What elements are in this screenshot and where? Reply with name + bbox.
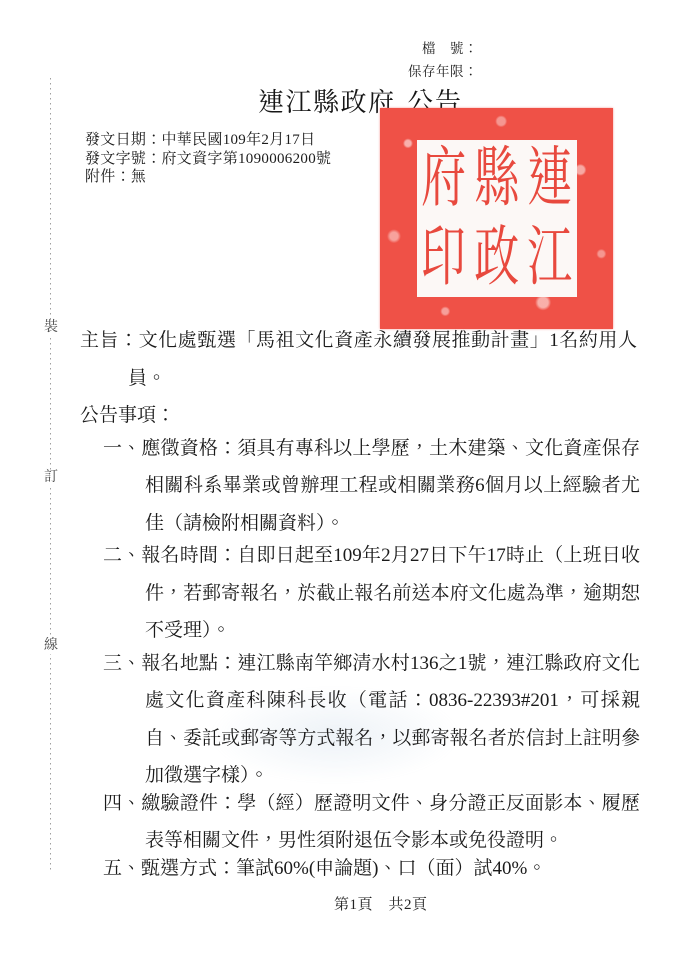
- item-number: 四、: [103, 793, 141, 814]
- item-number: 五、: [103, 858, 141, 879]
- document-meta: 發文日期：中華民國109年2月17日 發文字號：府文資字第1090006200號…: [85, 131, 331, 187]
- issue-date: 發文日期：中華民國109年2月17日: [85, 131, 331, 150]
- item-4-required-documents: 四、繳驗證件：學（經）歷證明文件、身分證正反面影本、履歷表等相關文件，男性須附退…: [103, 785, 640, 860]
- announcement-items: 一、應徵資格：須具有專科以上學歷，土木建築、文化資產保存相關科系畢業或曾辦理工程…: [103, 430, 640, 888]
- scanned-announcement-page: 檔 號： 保存年限： 連江縣政府公告 發文日期：中華民國109年2月17日 發文…: [0, 0, 680, 962]
- seal-face: 府 印 縣 政 連 江: [417, 140, 577, 297]
- binding-mark-xian: 線: [43, 638, 59, 654]
- announcement-body: 主旨：文化處甄選「馬祖文化資產永續發展推動計畫」1名約用人員。 公告事項： 一、…: [80, 322, 637, 887]
- file-number-label: 檔 號：: [330, 37, 478, 60]
- seal-char: 印: [417, 202, 469, 313]
- item-text: 報名時間：自即日起至109年2月27日下午17時止（上班日收件，若郵寄報名，於截…: [141, 545, 640, 641]
- item-number: 二、: [103, 545, 141, 566]
- binding-mark-zhuang: 裝: [43, 320, 59, 336]
- subject-line: 主旨：文化處甄選「馬祖文化資產永續發展推動計畫」1名約用人員。: [80, 322, 637, 397]
- subject-text: 文化處甄選「馬祖文化資產永續發展推動計畫」1名約用人員。: [128, 330, 637, 389]
- retention-period-label: 保存年限：: [330, 60, 478, 83]
- agency-name: 連江縣政府: [258, 88, 396, 117]
- item-text: 繳驗證件：學（經）歷證明文件、身分證正反面影本、履歷表等相關文件，男性須附退伍令…: [141, 793, 640, 852]
- item-text: 應徵資格：須具有專科以上學歷，土木建築、文化資產保存相關科系畢業或曾辦理工程或相…: [141, 438, 640, 534]
- subject-label: 主旨：: [80, 330, 139, 351]
- item-3-registration-place: 三、報名地點：連江縣南竿鄉清水村136之1號，連江縣政府文化處文化資產科陳科長收…: [103, 645, 640, 795]
- item-1-qualifications: 一、應徵資格：須具有專科以上學歷，土木建築、文化資產保存相關科系畢業或曾辦理工程…: [103, 430, 640, 543]
- seal-char: 政: [470, 202, 522, 313]
- item-number: 一、: [103, 438, 141, 459]
- item-2-registration-time: 二、報名時間：自即日起至109年2月27日下午17時止（上班日收件，若郵寄報名，…: [103, 537, 640, 650]
- footer-page-number: 第1頁 共2頁: [334, 893, 428, 914]
- doc-number: 發文字號：府文資字第1090006200號: [85, 150, 331, 169]
- attachment-note: 附件：無: [85, 168, 331, 187]
- archive-block: 檔 號： 保存年限：: [330, 37, 478, 83]
- item-text: 報名地點：連江縣南竿鄉清水村136之1號，連江縣政府文化處文化資產科陳科長收（電…: [141, 653, 640, 787]
- item-number: 三、: [103, 653, 141, 674]
- official-seal: 府 印 縣 政 連 江: [380, 108, 613, 329]
- item-text: 甄選方式：筆試60%(申論題)、口（面）試40%。: [141, 858, 546, 879]
- binding-mark-ding: 訂: [43, 470, 59, 486]
- seal-char: 江: [524, 202, 576, 313]
